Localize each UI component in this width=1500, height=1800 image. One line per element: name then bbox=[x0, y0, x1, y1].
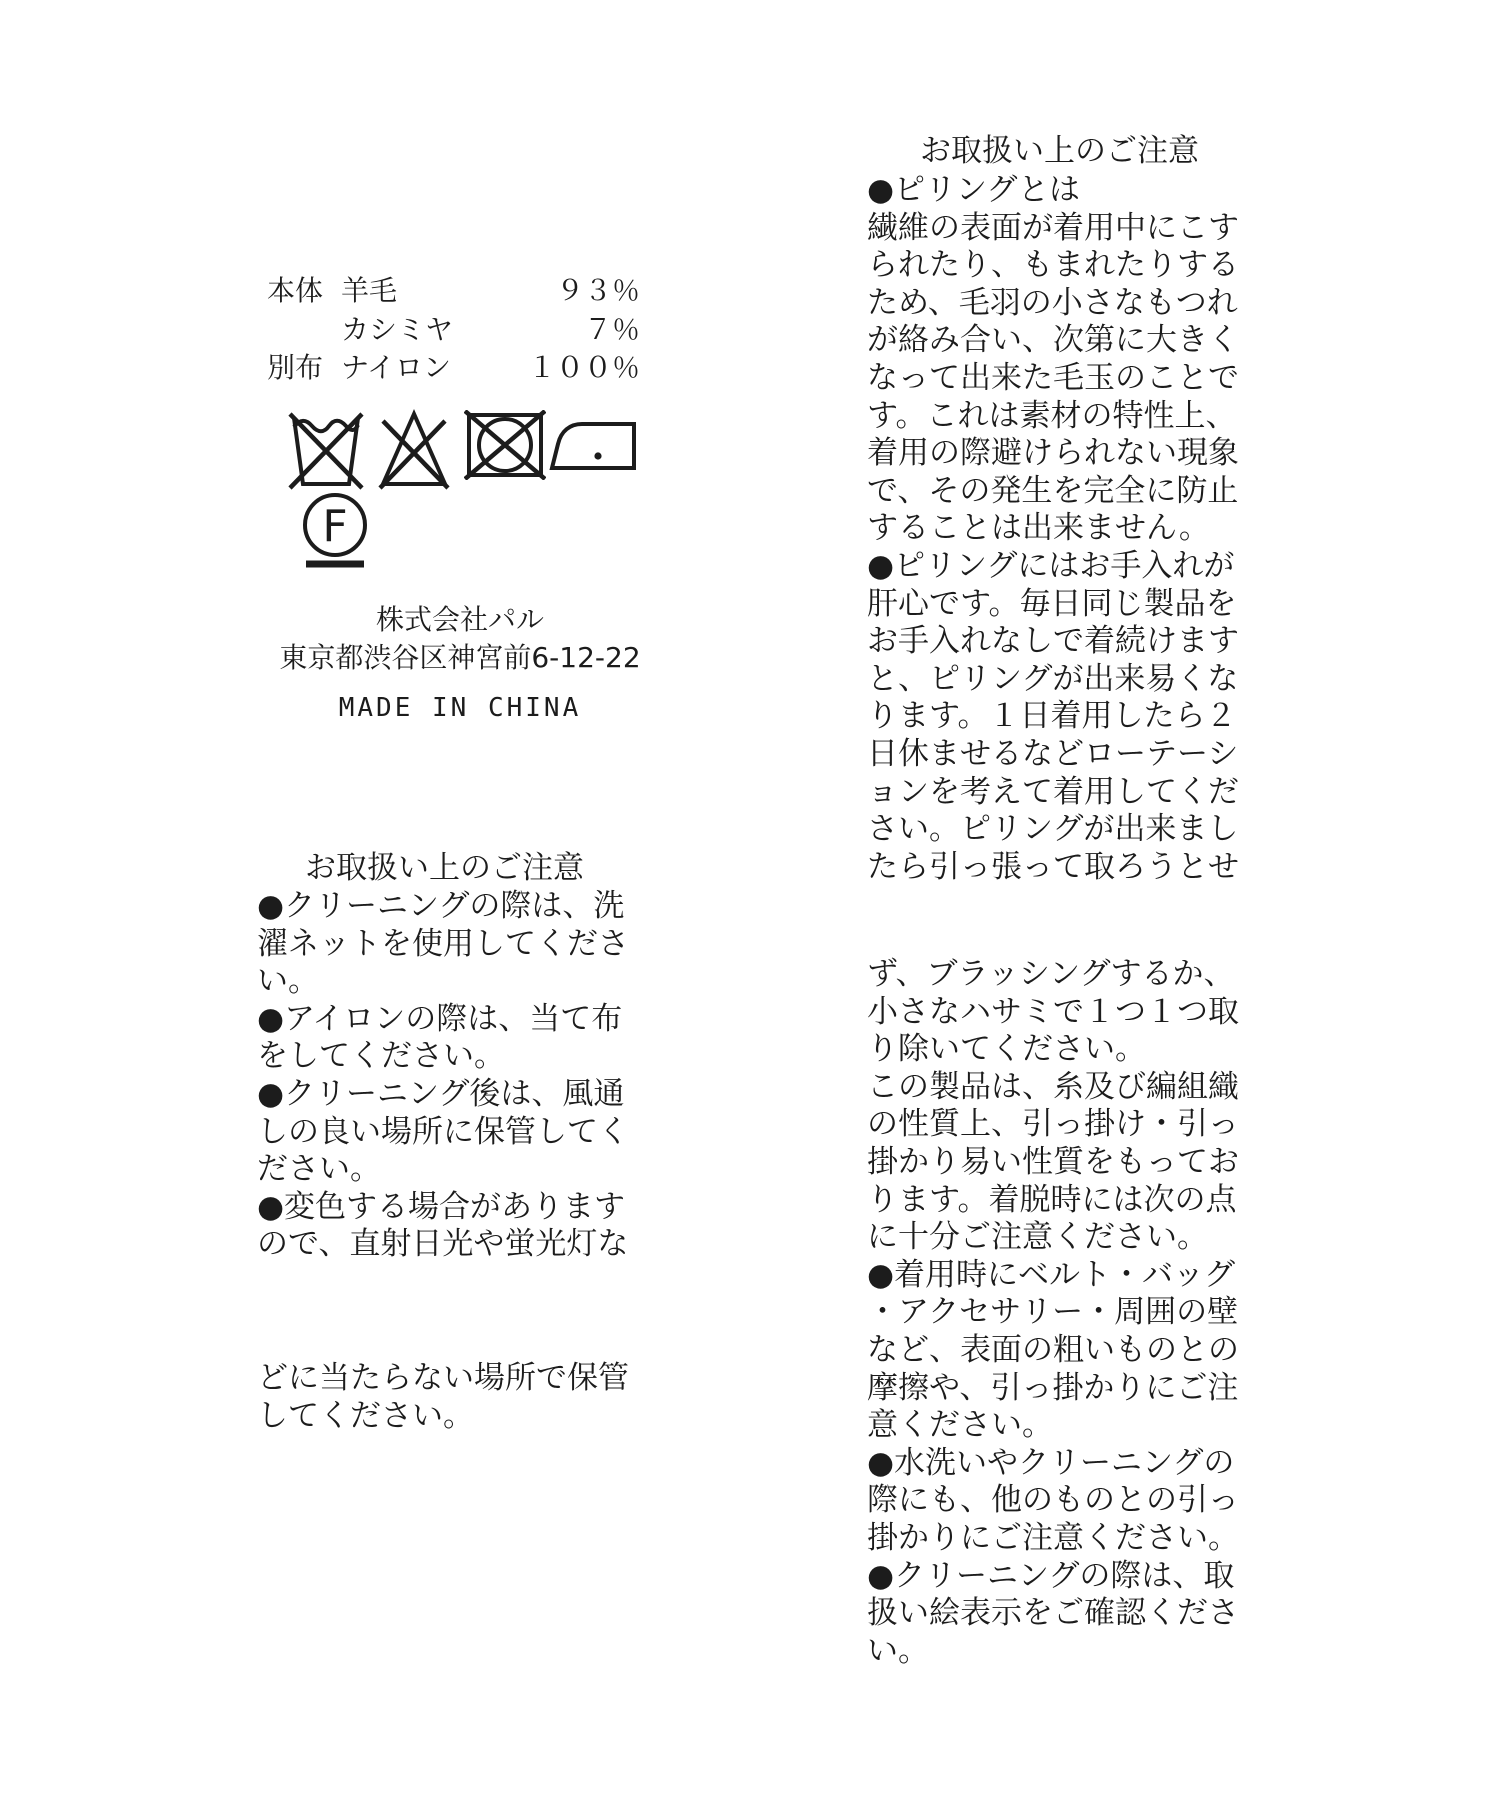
composition-percent: ９３％ bbox=[530, 272, 640, 311]
left-notice-block-1: ●クリーニングの際は、洗 濯ネットを使用してくださ い。 ●アイロンの際は、当て… bbox=[257, 888, 647, 1264]
iron-low-heat-icon bbox=[548, 414, 638, 472]
drycleaning-f-circle-icon: F bbox=[300, 489, 370, 571]
right-notice-heading: お取扱い上のご注意 bbox=[920, 133, 1199, 171]
drycleaning-letter: F bbox=[322, 501, 347, 552]
composition-row: 別布 ナイロン １００％ bbox=[267, 349, 640, 388]
do-not-wash-icon bbox=[288, 406, 364, 490]
right-notice-block-2: ず、ブラッシングするか、 小さなハサミで１つ１つ取 り除いてください。 この製品… bbox=[867, 956, 1257, 1670]
do-not-bleach-icon bbox=[376, 406, 452, 490]
composition-part: 本体 bbox=[267, 272, 341, 311]
composition-part: 別布 bbox=[267, 349, 341, 388]
left-notice-block-2: どに当たらない場所で保管 してください。 bbox=[257, 1360, 647, 1435]
right-notice-block-1: ●ピリングとは 繊維の表面が着用中にこす られたり、もまれたりする ため、毛羽の… bbox=[867, 172, 1257, 886]
composition-percent: １００％ bbox=[528, 349, 640, 388]
composition-material: ナイロン bbox=[341, 349, 528, 388]
composition-material: 羊毛 bbox=[341, 272, 530, 311]
composition-material: カシミヤ bbox=[341, 311, 530, 350]
composition-percent: ７％ bbox=[530, 311, 640, 350]
composition-part bbox=[267, 311, 341, 350]
country-of-origin: MADE IN CHINA bbox=[260, 691, 660, 725]
fabric-composition-table: 本体 羊毛 ９３％ カシミヤ ７％ 別布 ナイロン １００％ bbox=[267, 272, 640, 388]
company-name: 株式会社パル bbox=[260, 603, 660, 637]
company-address: 東京都渋谷区神宮前6-12-22 bbox=[260, 641, 660, 675]
care-label-page: 本体 羊毛 ９３％ カシミヤ ７％ 別布 ナイロン １００％ bbox=[0, 0, 1500, 1800]
left-notice-heading: お取扱い上のご注意 bbox=[305, 850, 584, 888]
do-not-tumble-dry-icon bbox=[464, 410, 546, 480]
composition-row: 本体 羊毛 ９３％ bbox=[267, 272, 640, 311]
composition-row: カシミヤ ７％ bbox=[267, 311, 640, 350]
